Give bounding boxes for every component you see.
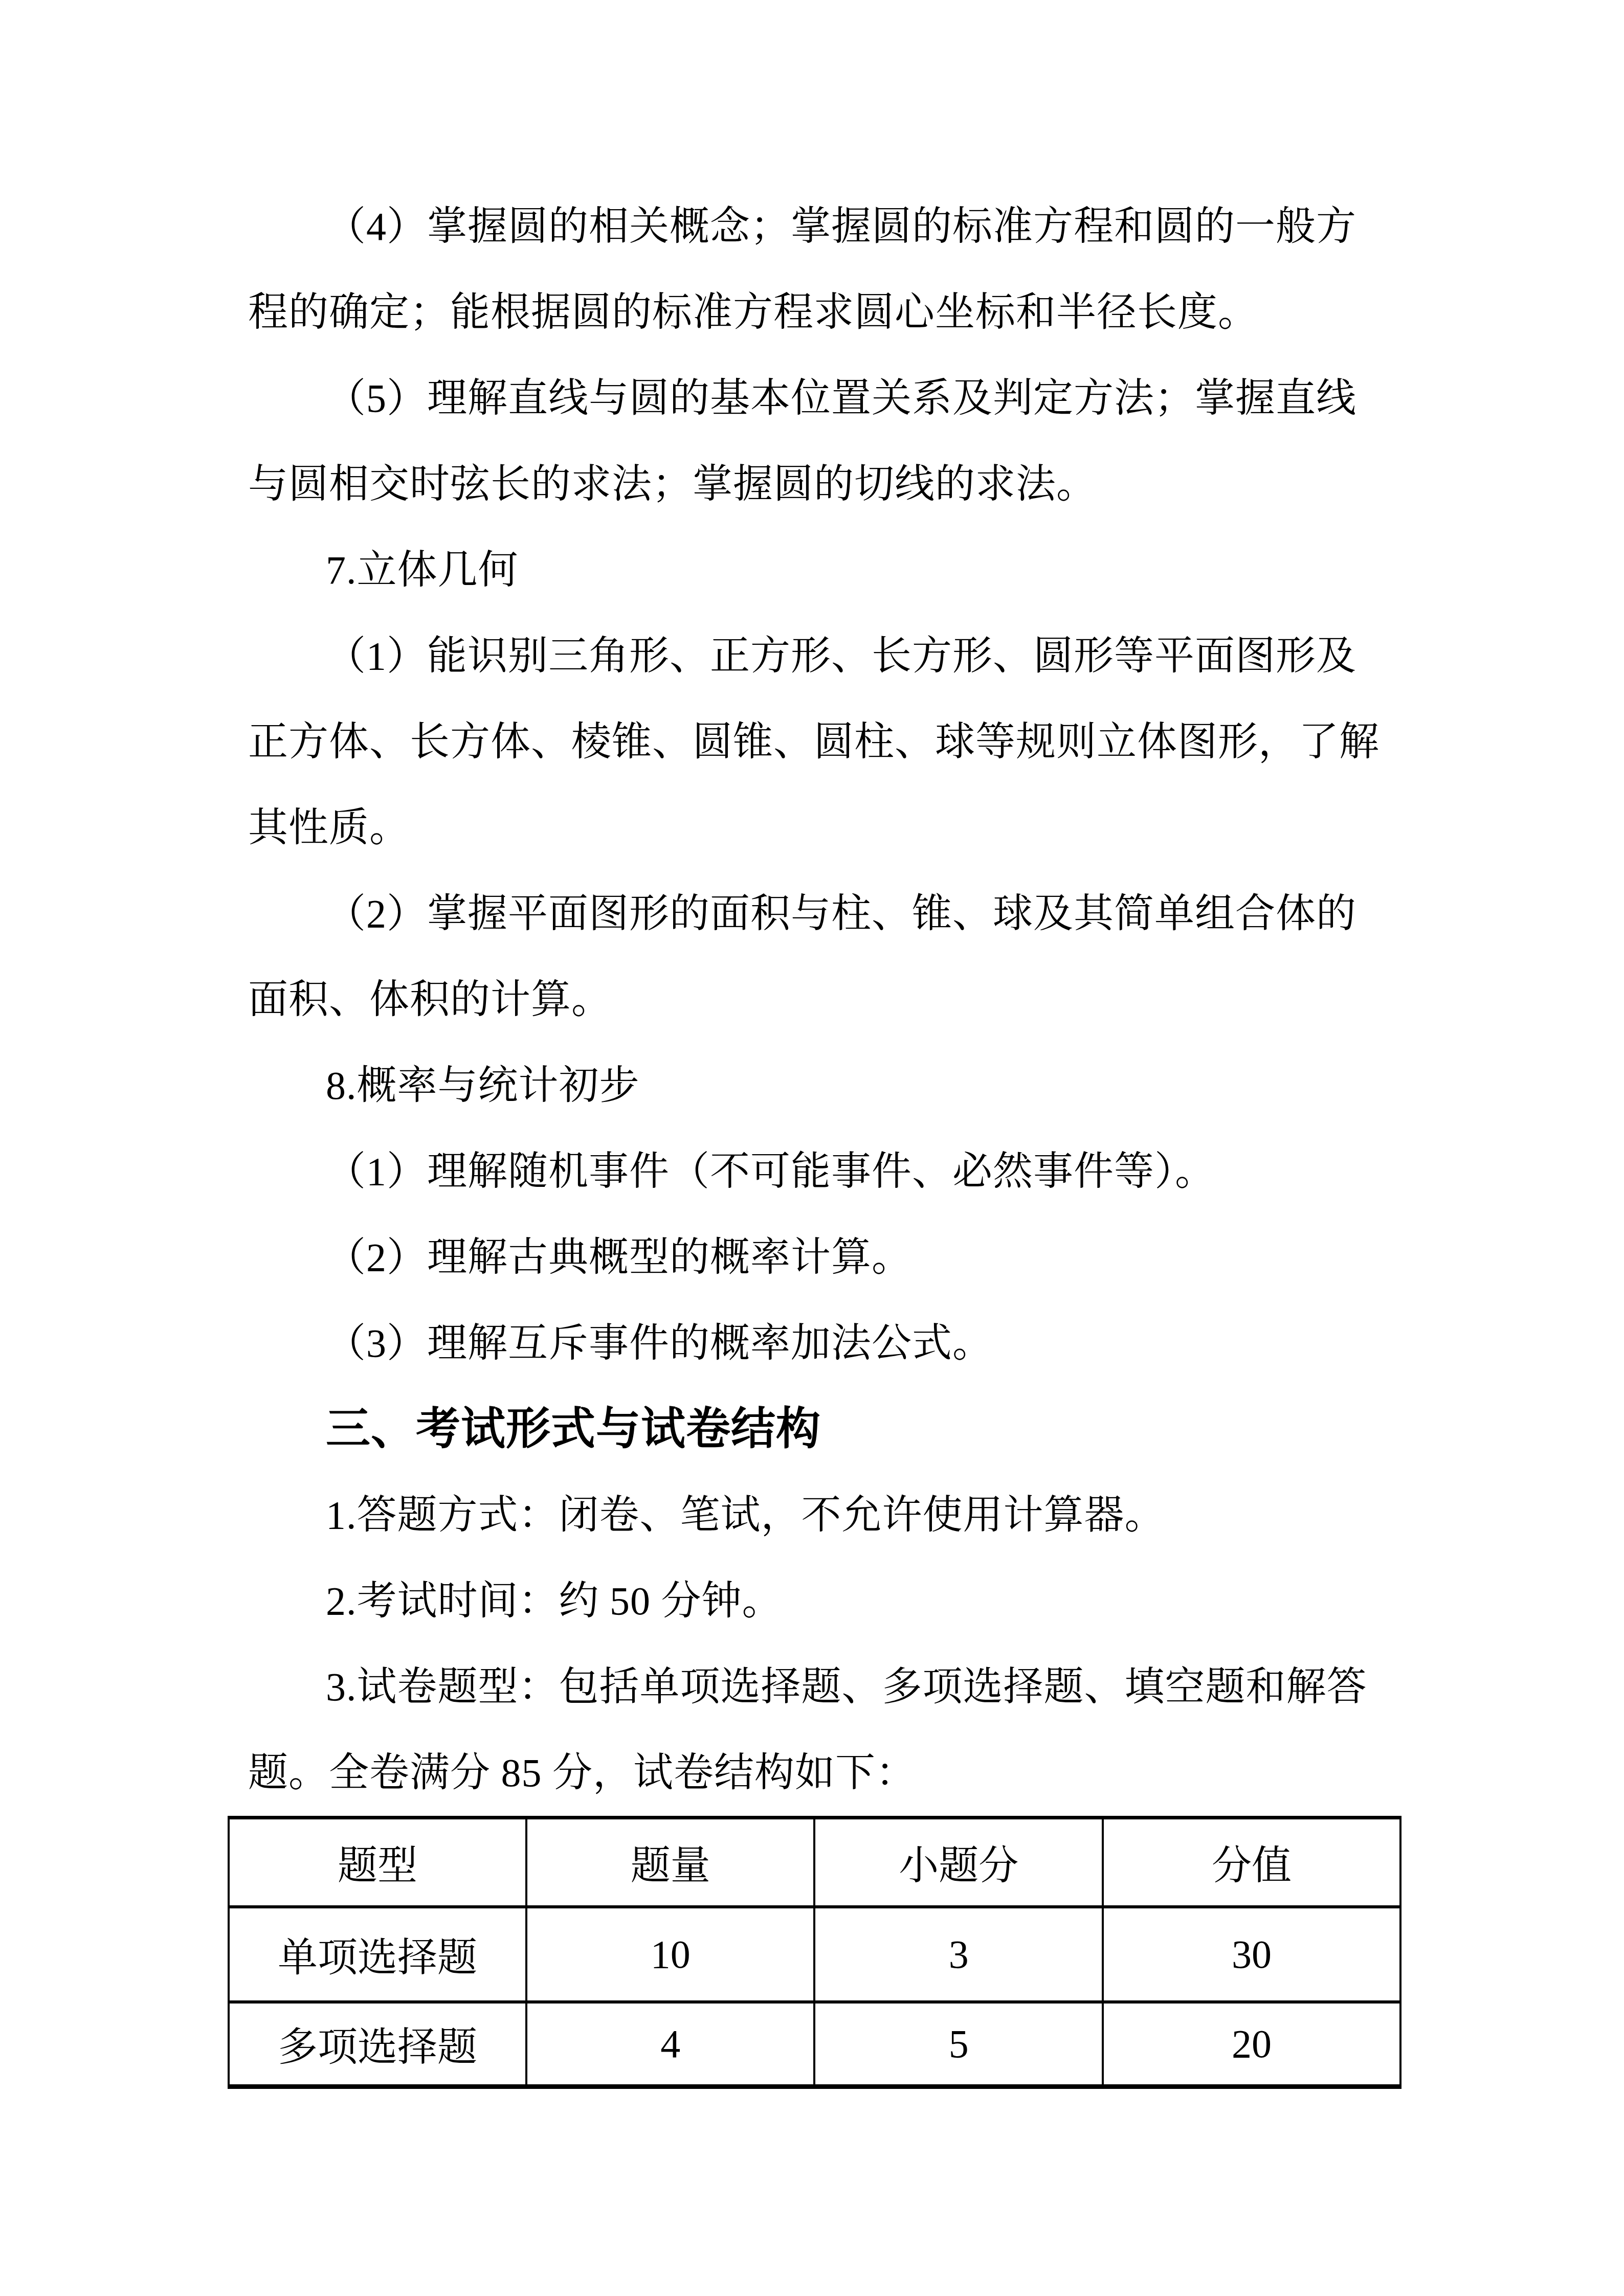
table-header-question-count: 题量 <box>526 1818 815 1907</box>
text-line: 2.考试时间：约 50 分钟。 <box>248 1558 1381 1644</box>
exam-structure-table-wrap: 题型 题量 小题分 分值 单项选择题 10 3 30 多项选择题 <box>228 1816 1401 2089</box>
text-line: （1）理解随机事件（不可能事件、必然事件等）。 <box>248 1129 1381 1214</box>
table-row-multi-choice: 多项选择题 4 5 20 <box>229 2002 1400 2087</box>
table-cell: 多项选择题 <box>229 2002 526 2087</box>
text-line: 3.试卷题型：包括单项选择题、多项选择题、填空题和解答 <box>248 1644 1381 1730</box>
table-cell: 单项选择题 <box>229 1907 526 2002</box>
table-header-row: 题型 题量 小题分 分值 <box>229 1818 1400 1907</box>
table-cell: 10 <box>526 1907 815 2002</box>
text-line: 题。全卷满分 85 分，试卷结构如下： <box>248 1730 1381 1816</box>
table-header-points-per-item: 小题分 <box>814 1818 1103 1907</box>
table-cell: 30 <box>1103 1907 1400 2002</box>
section-heading: 三、考试形式与试卷结构 <box>248 1386 1381 1472</box>
document-body: （4）掌握圆的相关概念；掌握圆的标准方程和圆的一般方 程的确定；能根据圆的标准方… <box>248 184 1381 2089</box>
table-cell: 3 <box>814 1907 1103 2002</box>
text-line: 程的确定；能根据圆的标准方程求圆心坐标和半径长度。 <box>248 269 1381 355</box>
list-item-7: 7.立体几何 <box>248 527 1381 613</box>
text-line: 与圆相交时弦长的求法；掌握圆的切线的求法。 <box>248 441 1381 527</box>
document-page: （4）掌握圆的相关概念；掌握圆的标准方程和圆的一般方 程的确定；能根据圆的标准方… <box>0 0 1624 2296</box>
text-line: （1）能识别三角形、正方形、长方形、圆形等平面图形及 <box>248 613 1381 699</box>
text-line: （3）理解互斥事件的概率加法公式。 <box>248 1300 1381 1386</box>
text-line: （2）理解古典概型的概率计算。 <box>248 1214 1381 1300</box>
text-line: （5）理解直线与圆的基本位置关系及判定方法；掌握直线 <box>248 355 1381 441</box>
text-line: 1.答题方式：闭卷、笔试，不允许使用计算器。 <box>248 1472 1381 1558</box>
table-cell: 5 <box>814 2002 1103 2087</box>
table-row-single-choice: 单项选择题 10 3 30 <box>229 1907 1400 2002</box>
text-line: （4）掌握圆的相关概念；掌握圆的标准方程和圆的一般方 <box>248 184 1381 269</box>
exam-structure-table: 题型 题量 小题分 分值 单项选择题 10 3 30 多项选择题 <box>228 1816 1401 2089</box>
table-header-total-points: 分值 <box>1103 1818 1400 1907</box>
list-item-8: 8.概率与统计初步 <box>248 1043 1381 1129</box>
table-cell: 4 <box>526 2002 815 2087</box>
text-line: 面积、体积的计算。 <box>248 957 1381 1043</box>
text-line: （2）掌握平面图形的面积与柱、锥、球及其简单组合体的 <box>248 871 1381 957</box>
text-line: 其性质。 <box>248 785 1381 871</box>
text-line: 正方体、长方体、棱锥、圆锥、圆柱、球等规则立体图形，了解 <box>248 699 1381 785</box>
table-cell: 20 <box>1103 2002 1400 2087</box>
table-header-question-type: 题型 <box>229 1818 526 1907</box>
